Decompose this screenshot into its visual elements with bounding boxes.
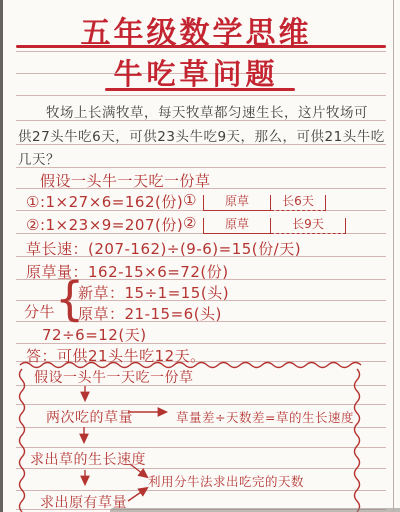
growth-rate-line: 草长速：(207-162)÷(9-6)=15(份/天): [26, 238, 301, 259]
ruled-line: [16, 95, 386, 96]
flow-step-assumption: 假设一头牛一天吃一份草: [34, 367, 194, 387]
page-subtitle: 牛吃草问题: [0, 52, 392, 93]
ruled-line: [16, 404, 386, 405]
segment-grown-grass: 长9天: [271, 218, 346, 234]
segment-original-grass: 原草: [203, 218, 271, 234]
flow-step-two-meals: 两次吃的草量: [46, 407, 133, 427]
problem-line-2: 供27头牛吃6天，可供23头牛吃9天，那么，可供21头牛吃: [18, 125, 385, 145]
flow-final-result: 利用分牛法求出吃完的天数: [148, 472, 304, 490]
photo-edge-bottom: [110, 508, 400, 512]
photo-edge-left: [0, 0, 3, 512]
ruled-line: [16, 427, 386, 428]
ruled-line: [16, 167, 386, 168]
problem-line-3: 几天？: [18, 148, 60, 168]
answer-line: 答：可供21头牛吃12天。: [26, 345, 206, 366]
notebook-page: 五年级数学思维 牛吃草问题 牧场上长满牧草，每天牧草都匀速生长，这片牧场可 供2…: [0, 0, 400, 512]
ruled-line: [16, 447, 386, 448]
subtitle-underline: [105, 88, 295, 91]
margin-line: [393, 0, 394, 512]
segment-diagram-1: 原草长6天: [203, 192, 326, 211]
segment-diagram-2: 原草长9天: [203, 215, 346, 234]
problem-line-1: 牧场上长满牧草，每天牧草都匀速生长，这片牧场可: [46, 101, 368, 121]
title-underline: [16, 45, 386, 48]
split-old-grass-line: 原草：21-15=6(头): [78, 303, 222, 324]
segment-original-grass: 原草: [203, 195, 271, 211]
flow-step-growth-rate: 求出草的生长速度: [30, 449, 146, 469]
equation-1: ①:1×27×6=162(份): [26, 191, 183, 212]
equation-2-circled-number: ②: [183, 214, 197, 232]
equation-2: ②:1×23×9=207(份): [26, 214, 183, 235]
equation-1-circled-number: ①: [183, 191, 197, 209]
segment-grown-grass: 长6天: [271, 195, 326, 211]
flow-step-two-meals-result: 草量差÷天数差=草的生长速度: [176, 408, 354, 426]
split-new-grass-line: 新草：15÷1=15(头): [78, 282, 229, 303]
solution-assumption: 假设一头牛一天吃一份草: [40, 170, 211, 191]
ruled-line: [16, 490, 386, 491]
days-result-line: 72÷6=12(天): [42, 324, 147, 345]
split-label: 分牛: [24, 301, 55, 322]
